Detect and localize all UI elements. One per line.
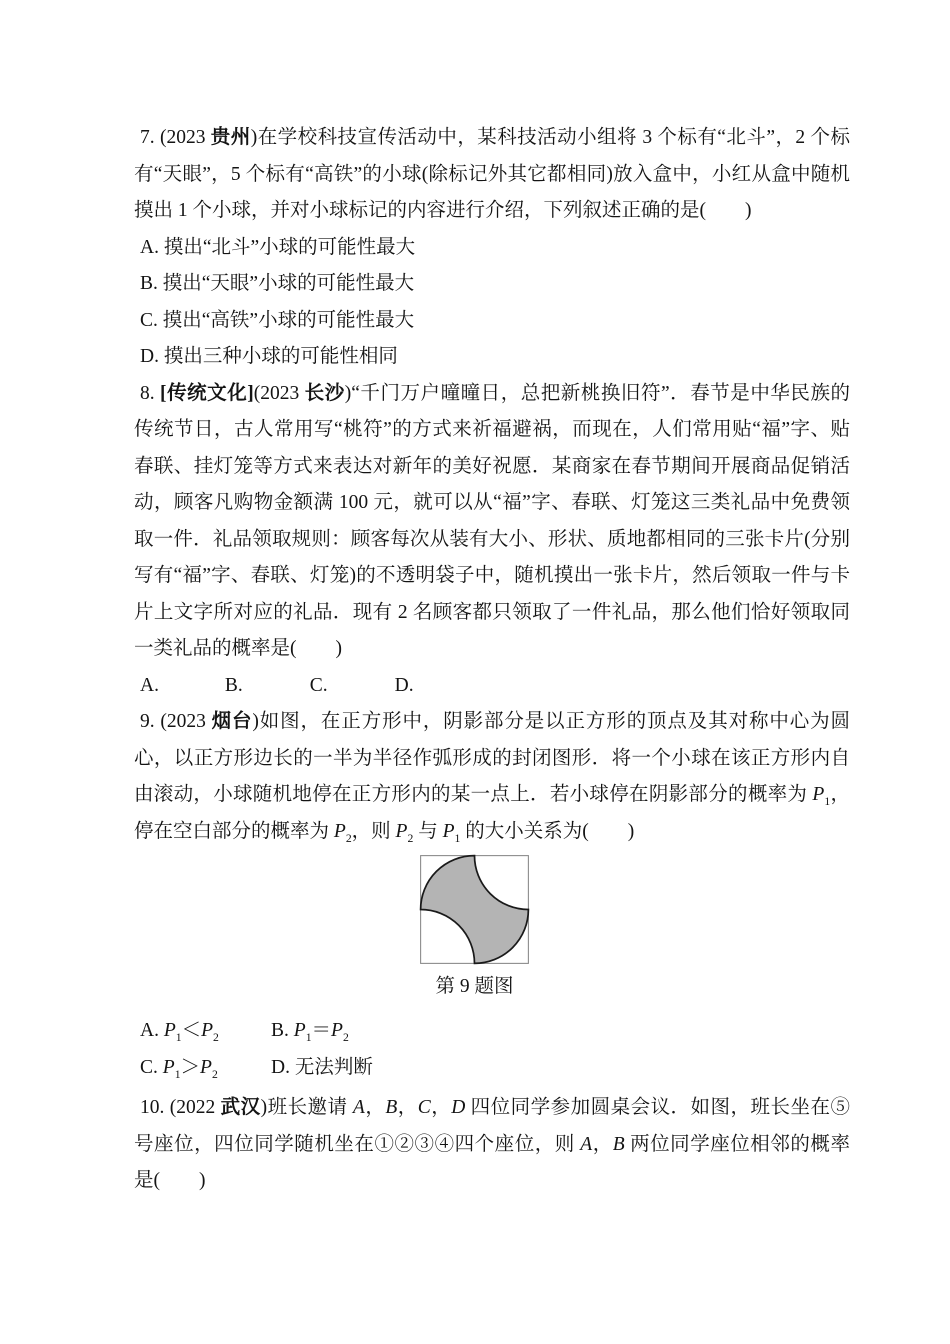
problem-8-options: A. B. C. D. bbox=[140, 668, 850, 705]
problem-8-option-b: B. bbox=[225, 668, 305, 705]
shaded-square-diagram bbox=[418, 854, 531, 965]
problem-8: 8. [传统文化](2023 长沙)“千门万户曈曈日，总把新桃换旧符”．春节是中… bbox=[134, 376, 850, 705]
problem-7-option-c: C. 摸出“高铁”小球的可能性最大 bbox=[140, 303, 850, 340]
problem-10-stem: 10. (2022 武汉)班长邀请 A，B，C，D 四位同学参加圆桌会议．如图，… bbox=[134, 1090, 850, 1200]
problem-8-option-d: D. bbox=[395, 668, 414, 705]
problem-7: 7. (2023 贵州)在学校科技宣传活动中，某科技活动小组将 3 个标有“北斗… bbox=[134, 120, 850, 376]
problem-7-stem: 7. (2023 贵州)在学校科技宣传活动中，某科技活动小组将 3 个标有“北斗… bbox=[134, 120, 850, 230]
problem-9-figure-caption: 第 9 题图 bbox=[418, 977, 531, 997]
shaded-region bbox=[421, 856, 529, 964]
problem-9-stem: 9. (2023 烟台)如图，在正方形中，阴影部分是以正方形的顶点及其对称中心为… bbox=[134, 704, 850, 850]
problem-8-option-c: C. bbox=[310, 668, 390, 705]
problem-8-stem: 8. [传统文化](2023 长沙)“千门万户曈曈日，总把新桃换旧符”．春节是中… bbox=[134, 376, 850, 668]
problem-9-figure: 第 9 题图 bbox=[418, 854, 531, 997]
problem-9-option-c: C. P1＞P2 bbox=[140, 1050, 271, 1087]
problem-9-option-b: B. P1＝P2 bbox=[271, 1013, 560, 1050]
problem-7-option-d: D. 摸出三种小球的可能性相同 bbox=[140, 339, 850, 376]
problem-9-options: A. P1＜P2 B. P1＝P2 C. P1＞P2 D. 无法判断 bbox=[140, 1013, 560, 1086]
problem-10: 10. (2022 武汉)班长邀请 A，B，C，D 四位同学参加圆桌会议．如图，… bbox=[134, 1090, 850, 1200]
problem-9-option-d: D. 无法判断 bbox=[271, 1050, 560, 1087]
problem-7-option-b: B. 摸出“天眼”小球的可能性最大 bbox=[140, 266, 850, 303]
problem-7-option-a: A. 摸出“北斗”小球的可能性最大 bbox=[140, 230, 850, 267]
problem-9-option-a: A. P1＜P2 bbox=[140, 1013, 271, 1050]
problem-9: 9. (2023 烟台)如图，在正方形中，阴影部分是以正方形的顶点及其对称中心为… bbox=[134, 704, 850, 1086]
worksheet-page: 7. (2023 贵州)在学校科技宣传活动中，某科技活动小组将 3 个标有“北斗… bbox=[0, 0, 950, 1344]
problem-8-option-a: A. bbox=[140, 668, 220, 705]
